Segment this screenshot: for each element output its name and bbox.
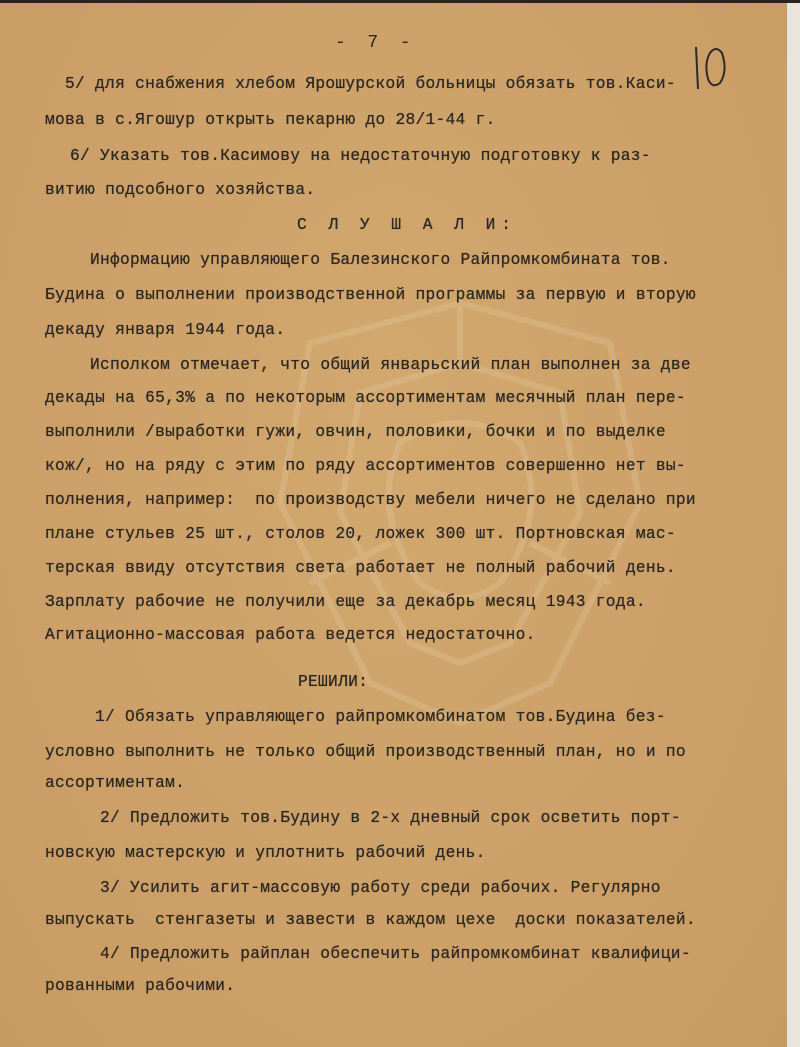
paragraph-line: Агитационно-массовая работа ведется недо… — [45, 626, 536, 644]
paragraph-line: 3/ Усилить агит-массовую работу среди ра… — [100, 879, 661, 897]
paragraph-line: Информацию управляющего Балезинского Рай… — [90, 251, 671, 269]
paragraph-line: 6/ Указать тов.Касимову на недостаточную… — [70, 147, 651, 165]
paragraph-line: полнения, например: по производству мебе… — [45, 491, 696, 509]
scan-right-edge — [786, 3, 800, 1047]
section-heading-decided: РЕШИЛИ: — [298, 673, 368, 691]
paragraph-line: декаду января 1944 года. — [45, 321, 285, 339]
paragraph-line: 4/ Предложить райплан обеспечить райпром… — [100, 945, 691, 963]
paragraph-line: 2/ Предложить тов.Будину в 2-х дневный с… — [100, 809, 681, 827]
section-heading-heard: С Л У Ш А Л И: — [297, 216, 517, 234]
paragraph-line: Исполком отмечает, что общий январьский … — [90, 356, 691, 374]
paragraph-line: 5/ для снабжения хлебом Ярошурской больн… — [65, 75, 676, 93]
paragraph-line: мова в с.Ягошур открыть пекарню до 28/1-… — [45, 111, 496, 129]
paragraph-line: 1/ Обязать управляющего райпромкомбинато… — [95, 708, 666, 726]
paragraph-line: условно выполнить не только общий произв… — [45, 743, 686, 761]
paragraph-line: рованными рабочими. — [45, 977, 235, 995]
paragraph-line: новскую мастерскую и уплотнить рабочий д… — [45, 844, 486, 862]
handwritten-page-mark — [690, 43, 730, 93]
paragraph-line: выпускать стенгазеты и завести в каждом … — [45, 911, 696, 929]
paragraph-line: кож/, но на ряду с этим по ряду ассортим… — [45, 457, 686, 475]
paragraph-line: терская ввиду отсутствия света работает … — [45, 559, 676, 577]
paragraph-line: Зарплату рабочие не получили еще за дека… — [45, 593, 646, 611]
paragraph-line: выполнили /выработки гужи, овчин, полови… — [45, 423, 666, 441]
paragraph-line: Будина о выполнении производственной про… — [45, 286, 696, 304]
paragraph-line: плане стульев 25 шт., столов 20, ложек 3… — [45, 525, 676, 543]
paragraph-line: декады на 65,3% а по некоторым ассортиме… — [45, 389, 686, 407]
document-page: - 7 - 5/ для снабжения хлебом Ярошурской… — [0, 3, 786, 1047]
paragraph-line: ассортиментам. — [45, 774, 185, 792]
page-number: - 7 - — [335, 33, 411, 53]
paragraph-line: витию подсобного хозяйства. — [45, 181, 315, 199]
